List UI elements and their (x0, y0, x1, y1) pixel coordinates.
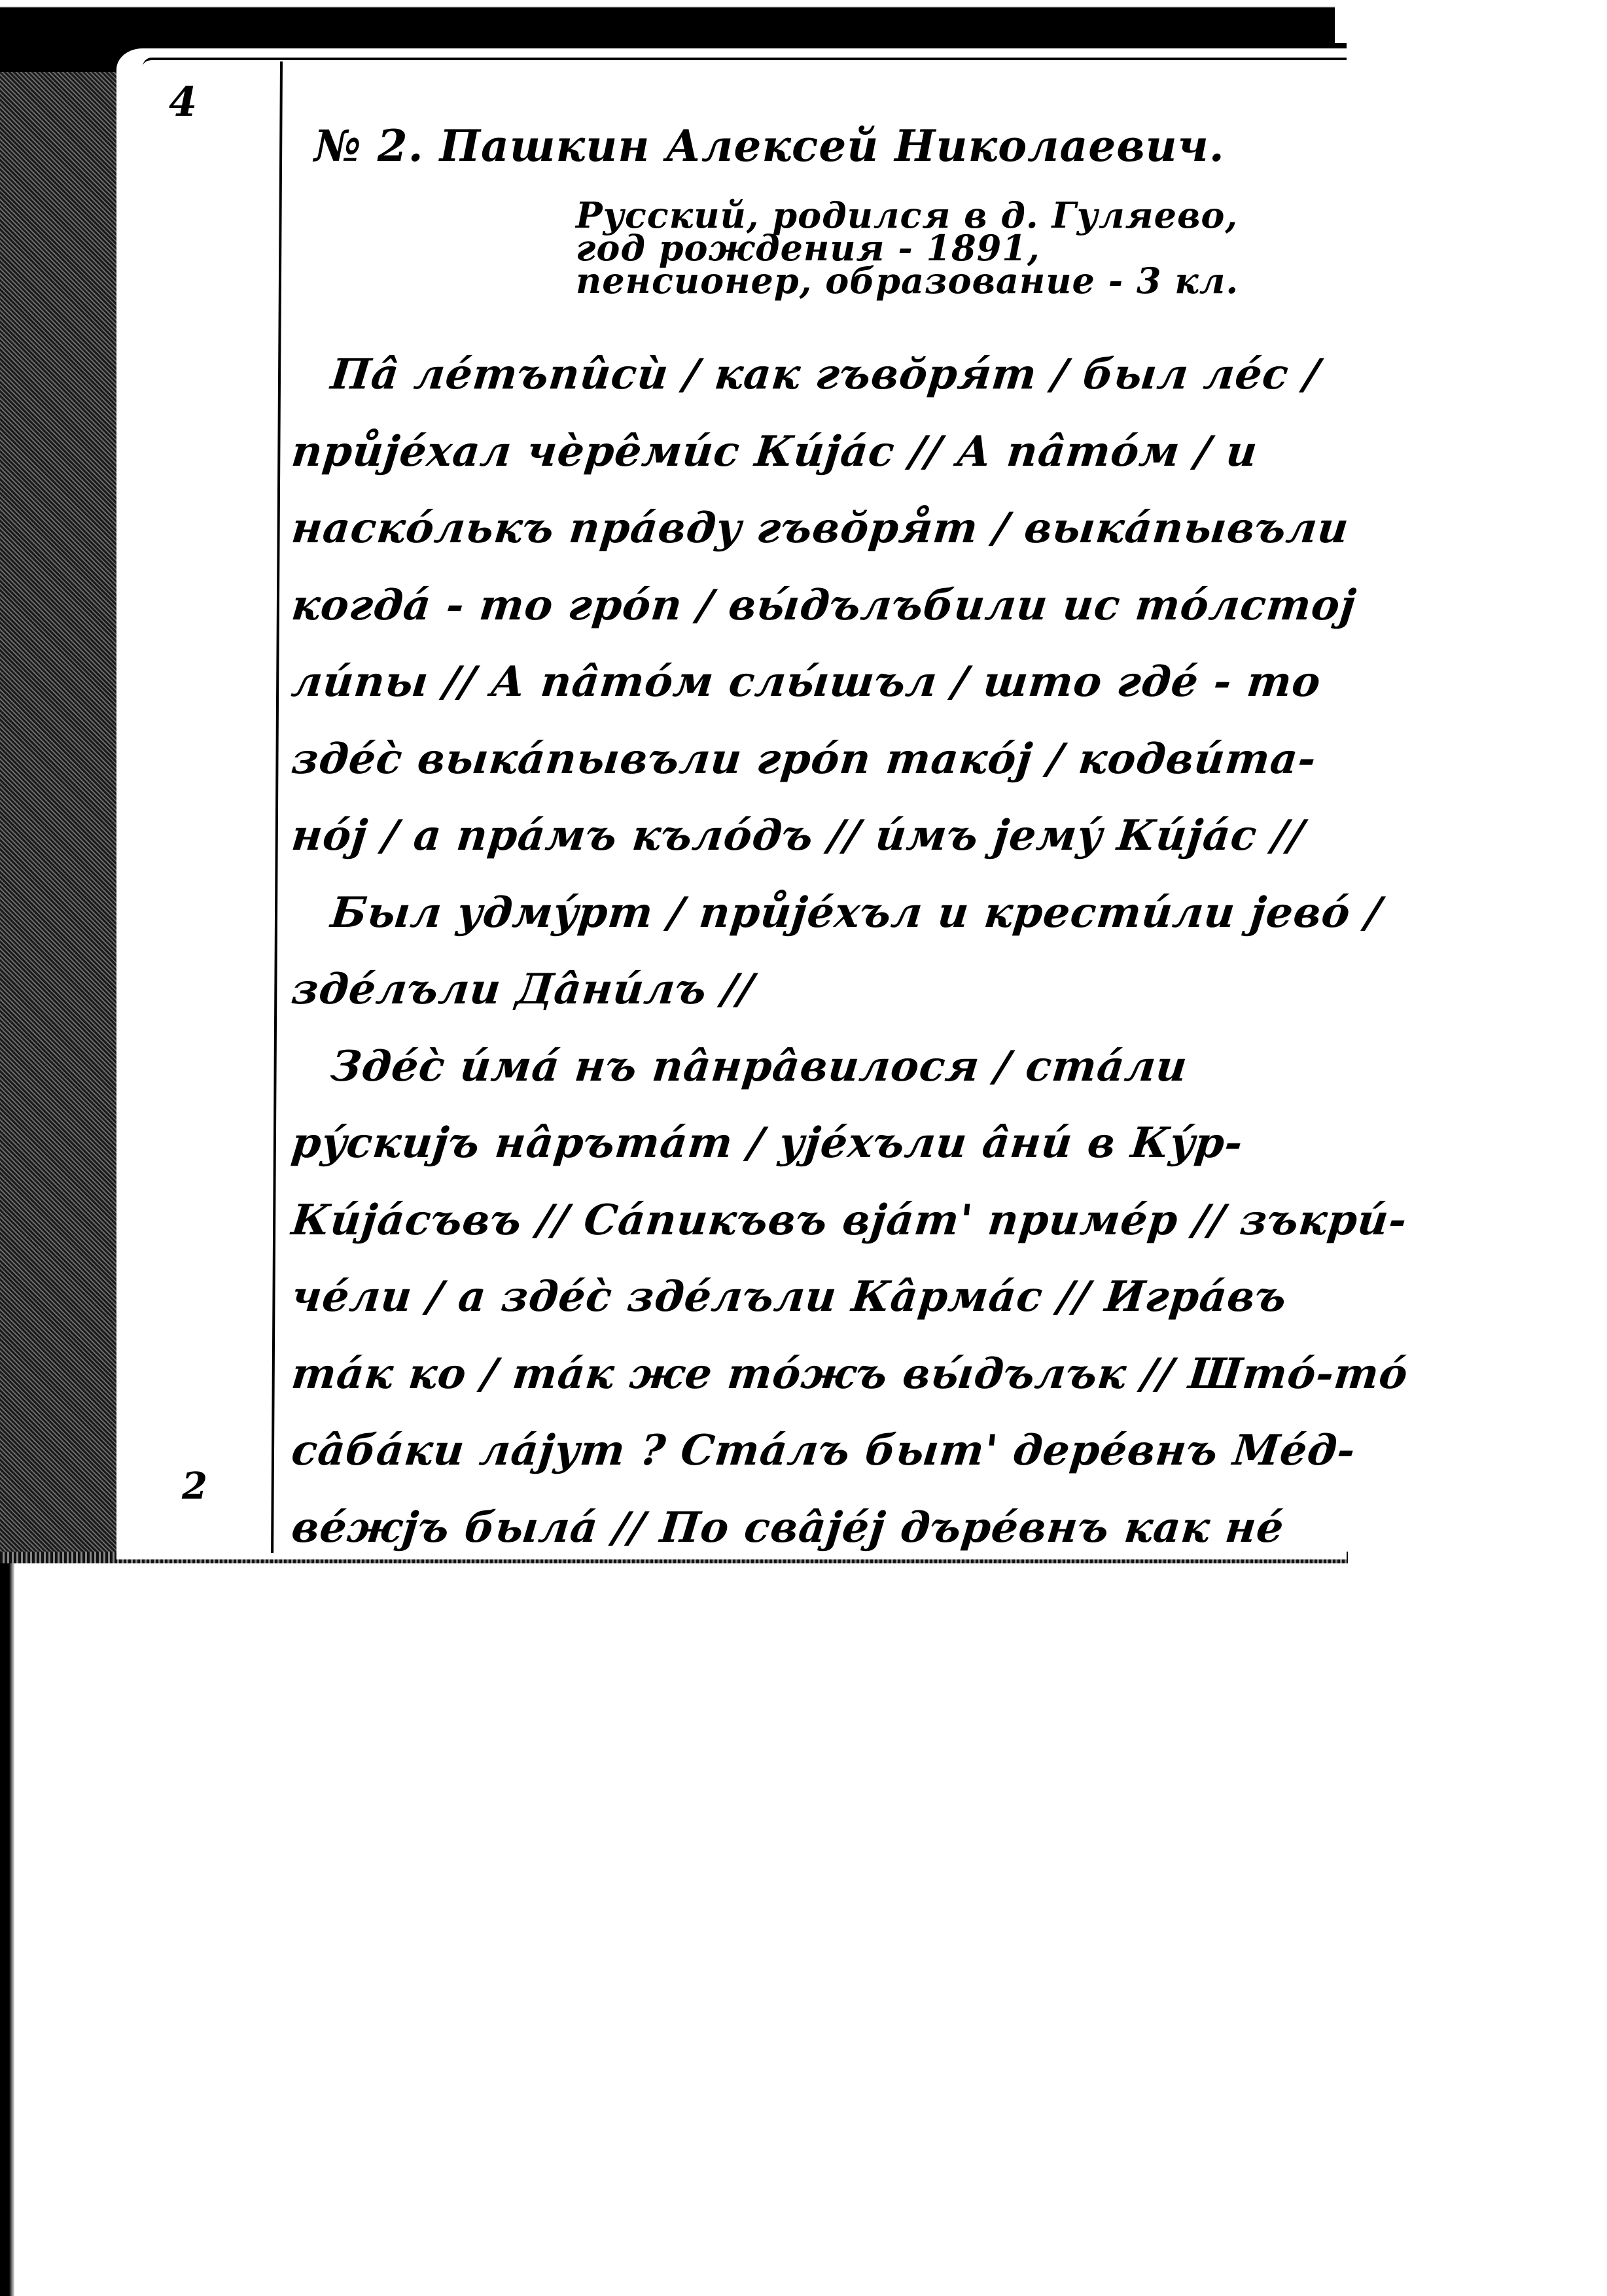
text-line: Кújáсъвъ // Сáпикъвъ вjáт' примéр // зък… (288, 1182, 1412, 1259)
margin-note: 2 (182, 1465, 208, 1508)
page-top-border (143, 58, 1347, 67)
text-line: здéлъли Дâни́лъ // (288, 951, 1412, 1028)
text-line: лúпы // А па̂тóм слы́шъл / што гдé - то (288, 644, 1412, 721)
bio-line: пенсионер, образование - 3 кл. (576, 264, 1239, 297)
text-line: при̊jéхал чѐрêмúс Кújáс // А па̂тóм / и (288, 413, 1412, 491)
text-line: наскóлькъ прáвду гъвŏря̊т / выкáпывъли (288, 490, 1412, 567)
text-line: чéли / а здéс̀ здéлъли Кâрмáс // Игрáвъ (288, 1259, 1412, 1336)
text-line: рýскиjъ нâрътáт / уjéхъли а̂нú в Кýр- (288, 1105, 1412, 1182)
text-line: здéс̀ выкáпывъли грóп такój / кодвúта- (288, 721, 1412, 798)
transcription-body: Па̂ лéтъпи̂сѝ / как гъвŏря́т / был лéс /… (292, 336, 1408, 1566)
text-line: сâбáки лájут ? Стáлъ быт' дерéвнъ Мéд- (288, 1412, 1412, 1489)
text-line: нój / а прáмъ кълóдъ // и́мъ jемý Кújáс … (288, 797, 1412, 875)
notebook-page: 4 2 № 2. Пашкин Алексей Николаевич. Русс… (116, 43, 1347, 1559)
text-line: когдá - то грóп / вы́дълъбили ис тóлстоj (288, 567, 1412, 644)
informant-bio: Русский, родился в д. Гуляево, год рожде… (576, 199, 1239, 297)
text-line: вéжjъ былá // По свâjéj дърéвнъ как нé (288, 1489, 1412, 1567)
text-line: Здéс̀ и́ма́ нъ пâнрâвилося / стáли (288, 1028, 1412, 1105)
margin-line (271, 61, 283, 1553)
text-line: Был удмýрт / при̊jéхъл и крести́ли jевó … (288, 875, 1412, 952)
scan-shadow-binding (0, 72, 116, 1554)
text-line: тáк ко / тáк же тóжъ вы́дълък // Штó-тó (288, 1336, 1412, 1413)
informant-title: № 2. Пашкин Алексей Николаевич. (314, 120, 1225, 171)
text-line: Па̂ лéтъпи̂сѝ / как гъвŏря́т / был лéс / (288, 336, 1412, 413)
page-number: 4 (169, 78, 198, 126)
